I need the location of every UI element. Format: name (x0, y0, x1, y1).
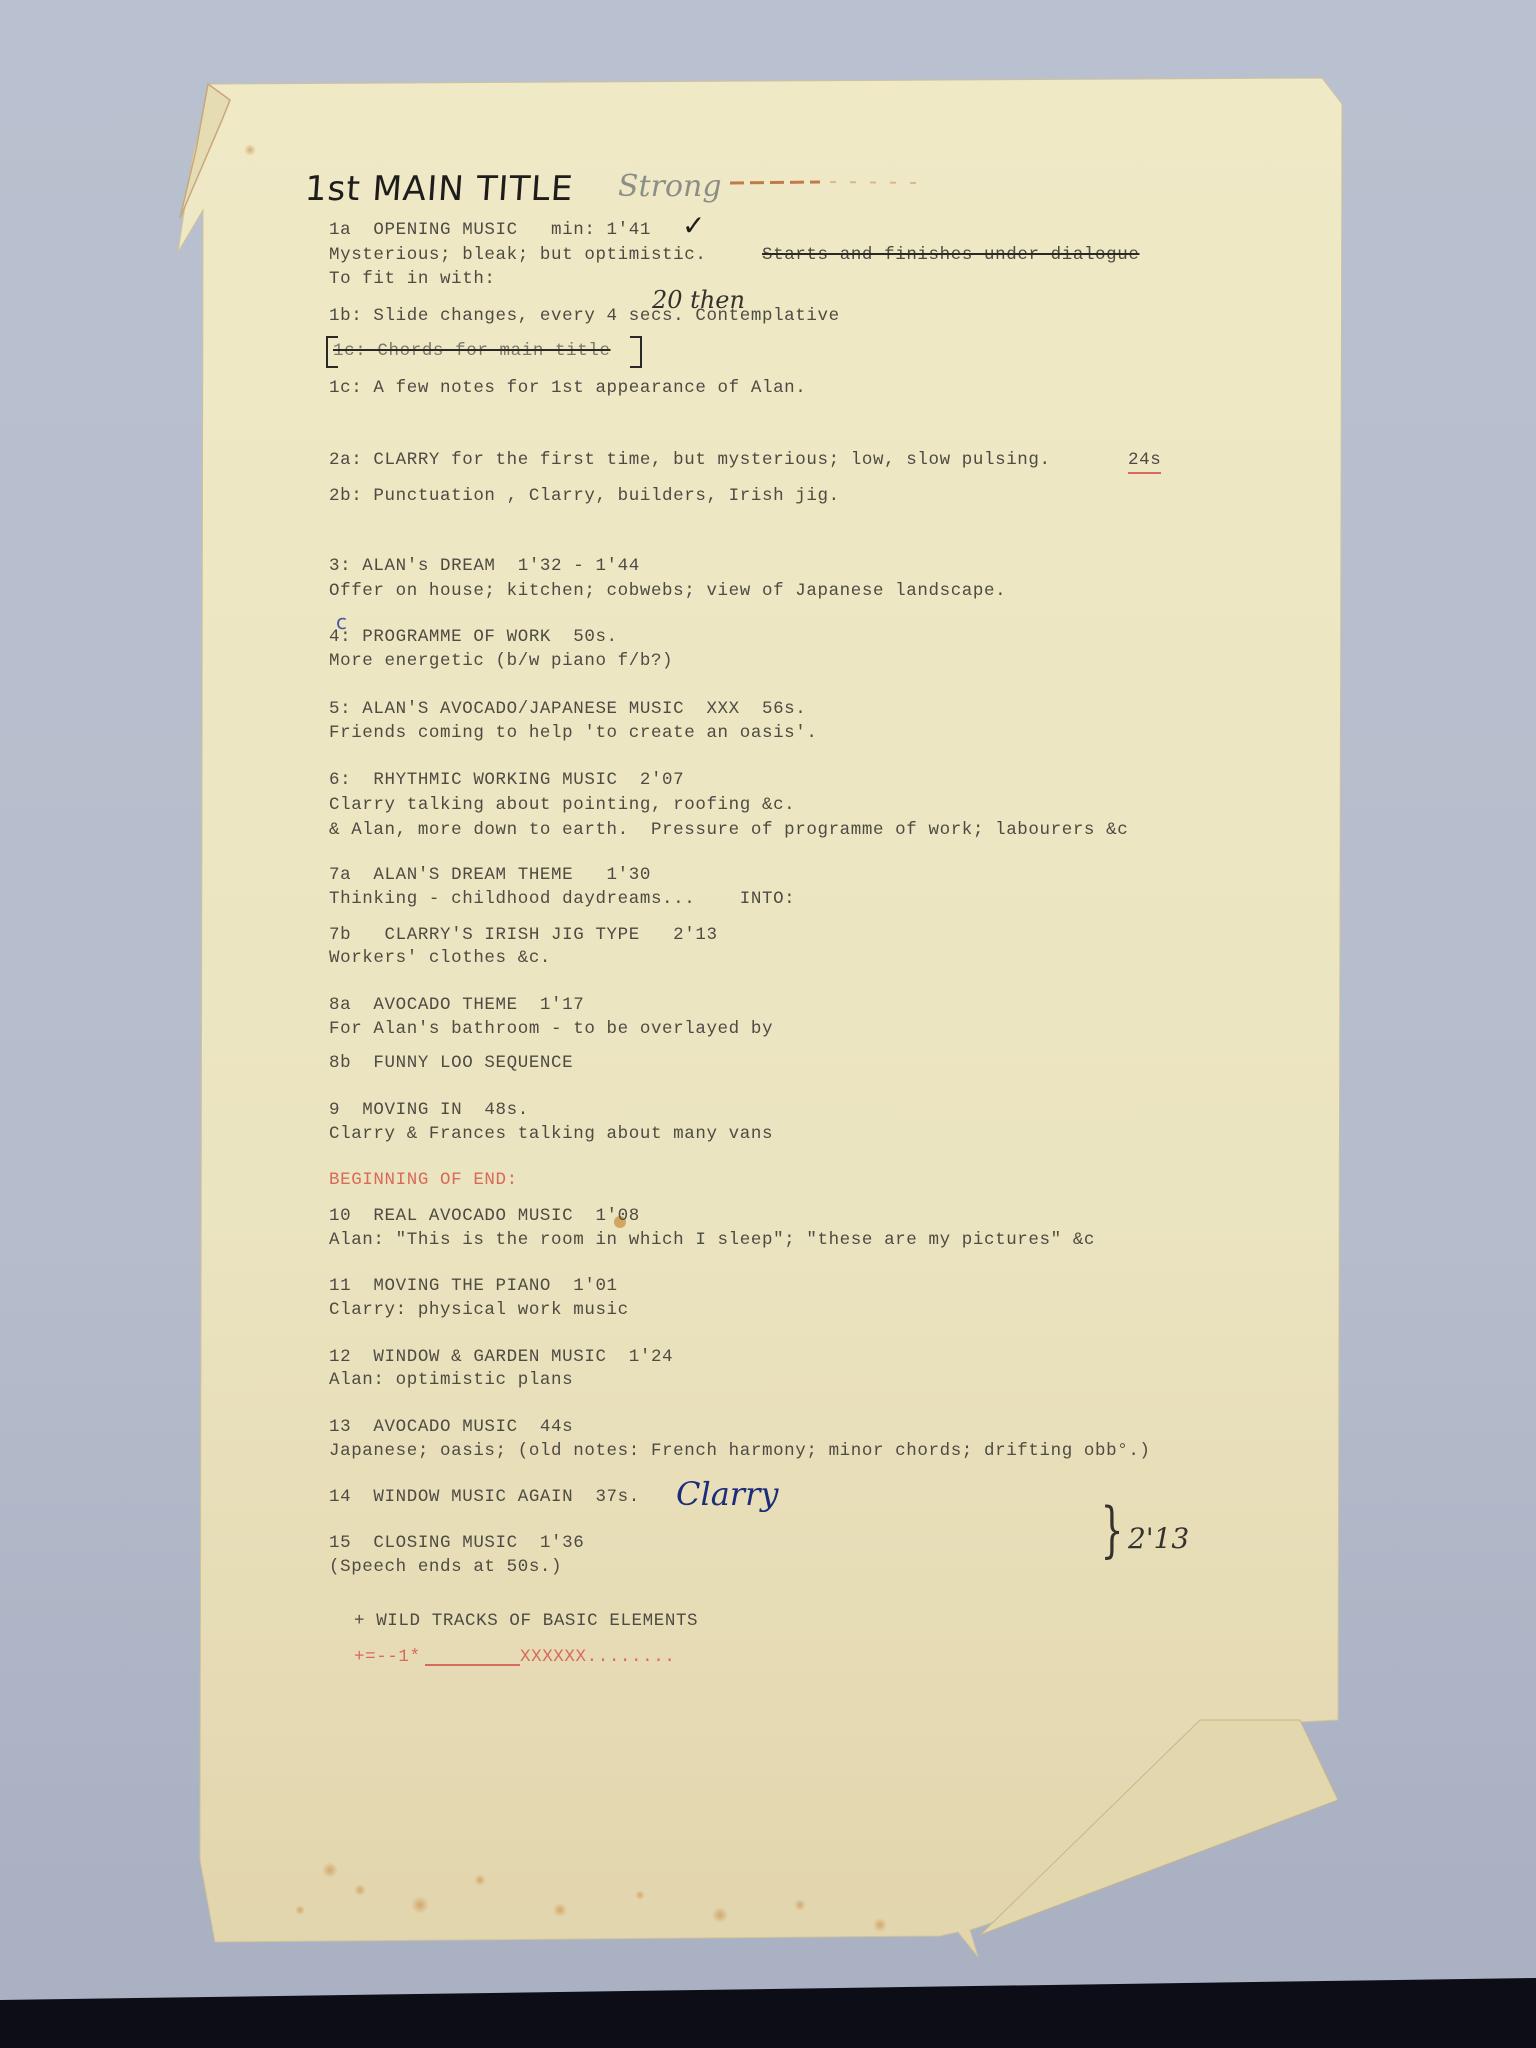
checkmark-icon: ✓ (682, 212, 705, 240)
cue-9-title: 9 MOVING IN 48s. (329, 1102, 529, 1120)
cue-13-desc: Japanese; oasis; (old notes: French harm… (329, 1443, 1151, 1461)
cue-9-desc: Clarry & Frances talking about many vans (329, 1126, 773, 1144)
bracket-right (630, 336, 642, 368)
handwritten-insert: 20 then (652, 288, 745, 312)
cue-15-title: 15 CLOSING MUSIC 1'36 (329, 1535, 584, 1553)
cue-2a-duration: 24s (1128, 452, 1161, 474)
cue-2a: 2a: CLARRY for the first time, but myste… (329, 452, 1051, 470)
cue-13-title: 13 AVOCADO MUSIC 44s (329, 1419, 573, 1437)
cue-7b-title: 7b CLARRY'S IRISH JIG TYPE 2'13 (329, 927, 718, 945)
cue-7a-title: 7a ALAN'S DREAM THEME 1'30 (329, 867, 651, 885)
handwritten-total: 2'13 (1128, 1525, 1189, 1553)
curly-brace-icon: } (1101, 1500, 1124, 1560)
cue-3-desc: Offer on house; kitchen; cobwebs; view o… (329, 583, 1006, 601)
typewriter-test-2: XXXXXX........ (520, 1649, 675, 1667)
cue-11-desc: Clarry: physical work music (329, 1302, 629, 1320)
cue-8b-title: 8b FUNNY LOO SEQUENCE (329, 1055, 573, 1073)
cue-5-title: 5: ALAN'S AVOCADO/JAPANESE MUSIC XXX 56s… (329, 701, 806, 719)
cue-7b-desc: Workers' clothes &c. (329, 950, 551, 968)
cue-8a-title: 8a AVOCADO THEME 1'17 (329, 997, 584, 1015)
pencil-note: Strong (618, 172, 722, 202)
cue-4-title: 4: PROGRAMME OF WORK 50s. (329, 629, 618, 647)
handwritten-note-blue: Clarry (676, 1478, 778, 1510)
cue-10-desc: Alan: "This is the room in which I sleep… (329, 1232, 1095, 1250)
document-content: 1st MAIN TITLE Strong 1a OPENING MUSIC m… (0, 0, 1536, 2048)
cue-1c: 1c: A few notes for 1st appearance of Al… (329, 380, 806, 398)
cue-8a-desc: For Alan's bathroom - to be overlayed by (329, 1021, 773, 1039)
cue-12-title: 12 WINDOW & GARDEN MUSIC 1'24 (329, 1349, 673, 1367)
cue-2b: 2b: Punctuation , Clarry, builders, Iris… (329, 488, 840, 506)
cue-1b: 1b: Slide changes, every 4 secs. Contemp… (329, 308, 840, 326)
cue-6-desc-2: & Alan, more down to earth. Pressure of … (329, 822, 1128, 840)
cue-1a-struck-note: Starts and finishes under dialogue (762, 247, 1139, 265)
cue-12-desc: Alan: optimistic plans (329, 1372, 573, 1390)
cue-1c-struck: 1c: Chords for main title (333, 343, 611, 361)
cue-6-desc-1: Clarry talking about pointing, roofing &… (329, 797, 795, 815)
cue-10-title: 10 REAL AVOCADO MUSIC 1'08 (329, 1208, 640, 1226)
cue-11-title: 11 MOVING THE PIANO 1'01 (329, 1278, 618, 1296)
cue-15-desc: (Speech ends at 50s.) (329, 1559, 562, 1577)
section-heading-beginning-of-end: BEGINNING OF END: (329, 1172, 518, 1190)
handwritten-heading: 1st MAIN TITLE (304, 172, 575, 206)
cue-1a-fit: To fit in with: (329, 271, 496, 289)
red-underline (425, 1664, 520, 1666)
cue-6-title: 6: RHYTHMIC WORKING MUSIC 2'07 (329, 772, 684, 790)
wild-tracks-note: + WILD TRACKS OF BASIC ELEMENTS (354, 1613, 698, 1631)
cue-7a-desc: Thinking - childhood daydreams... INTO: (329, 891, 795, 909)
typewriter-test-1: +=--1* (354, 1649, 421, 1667)
cue-3-title: 3: ALAN's DREAM 1'32 - 1'44 (329, 558, 640, 576)
cue-1a-title: 1a OPENING MUSIC min: 1'41 (329, 222, 651, 240)
cue-4-desc: More energetic (b/w piano f/b?) (329, 653, 673, 671)
cue-14-title: 14 WINDOW MUSIC AGAIN 37s. (329, 1489, 640, 1507)
cue-5-desc: Friends coming to help 'to create an oas… (329, 725, 817, 743)
cue-1a-desc: Mysterious; bleak; but optimistic. (329, 247, 706, 265)
